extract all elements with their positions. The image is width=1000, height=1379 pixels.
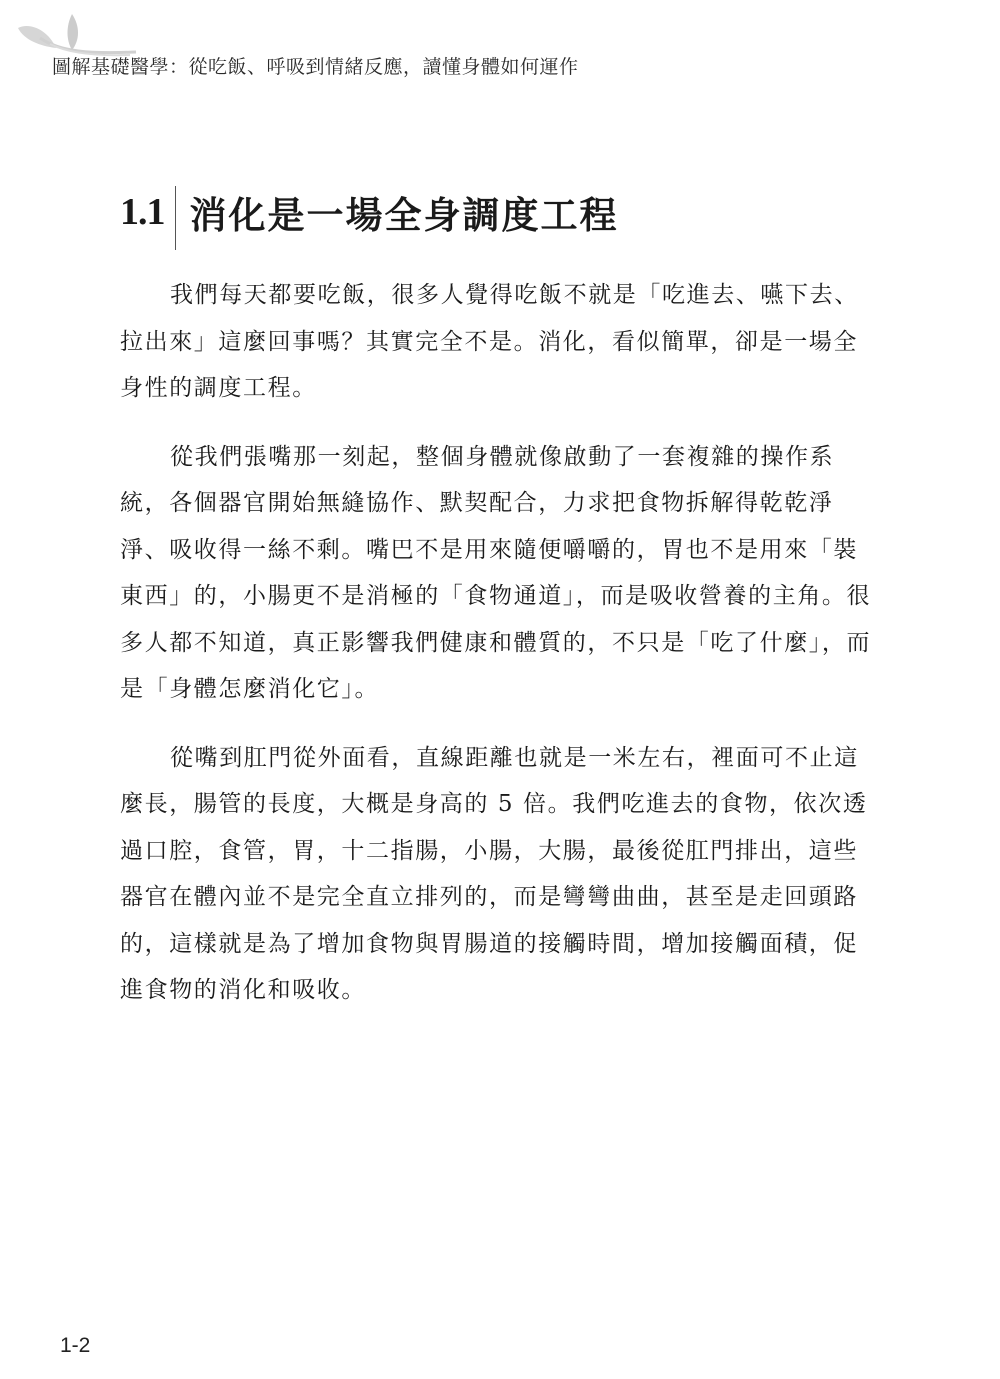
leaf-ornament-icon — [10, 8, 140, 58]
text-line: 多人都不知道，真正影響我們健康和體質的，不只是「吃了什麼」，而 — [120, 620, 865, 667]
text-line: 的，這樣就是為了增加食物與胃腸道的接觸時間，增加接觸面積，促 — [120, 921, 865, 968]
text-line: 我們每天都要吃飯，很多人覺得吃飯不就是「吃進去、嚥下去、 — [120, 272, 865, 319]
text-line: 從嘴到肛門從外面看，直線距離也就是一米左右，裡面可不止這 — [120, 735, 865, 782]
body-text: 我們每天都要吃飯，很多人覺得吃飯不就是「吃進去、嚥下去、 拉出來」這麼回事嗎？其… — [120, 272, 865, 1036]
text-line: 過口腔，食管，胃，十二指腸，小腸，大腸，最後從肛門排出，這些 — [120, 828, 865, 875]
text-line: 東西」的，小腸更不是消極的「食物通道」，而是吸收營養的主角。很 — [120, 573, 865, 620]
text-line: 麼長，腸管的長度，大概是身高的 5 倍。我們吃進去的食物，依次透 — [120, 781, 865, 828]
section-heading: 1.1 消化是一場全身調度工程 — [120, 180, 619, 244]
section-divider — [175, 186, 176, 250]
paragraph-2: 從我們張嘴那一刻起，整個身體就像啟動了一套複雜的操作系 統，各個器官開始無縫協作… — [120, 434, 865, 713]
text-line: 淨、吸收得一絲不剩。嘴巴不是用來隨便嚼嚼的，胃也不是用來「裝 — [120, 527, 865, 574]
text-line: 是「身體怎麼消化它」。 — [120, 666, 865, 713]
text-line: 進食物的消化和吸收。 — [120, 967, 865, 1014]
page-number: 1-2 — [60, 1334, 90, 1358]
paragraph-3: 從嘴到肛門從外面看，直線距離也就是一米左右，裡面可不止這 麼長，腸管的長度，大概… — [120, 735, 865, 1014]
running-header-book-title: 圖解基礎醫學：從吃飯、呼吸到情緒反應，讀懂身體如何運作 — [52, 52, 579, 79]
book-page: 圖解基礎醫學：從吃飯、呼吸到情緒反應，讀懂身體如何運作 1.1 消化是一場全身調… — [0, 0, 1000, 1379]
text-line: 統，各個器官開始無縫協作、默契配合，力求把食物拆解得乾乾淨 — [120, 480, 865, 527]
paragraph-1: 我們每天都要吃飯，很多人覺得吃飯不就是「吃進去、嚥下去、 拉出來」這麼回事嗎？其… — [120, 272, 865, 412]
text-line: 身性的調度工程。 — [120, 365, 865, 412]
section-number: 1.1 — [120, 190, 165, 234]
text-line: 從我們張嘴那一刻起，整個身體就像啟動了一套複雜的操作系 — [120, 434, 865, 481]
text-line: 拉出來」這麼回事嗎？其實完全不是。消化，看似簡單，卻是一場全 — [120, 319, 865, 366]
text-line: 器官在體內並不是完全直立排列的，而是彎彎曲曲，甚至是走回頭路 — [120, 874, 865, 921]
section-title: 消化是一場全身調度工程 — [190, 185, 619, 239]
